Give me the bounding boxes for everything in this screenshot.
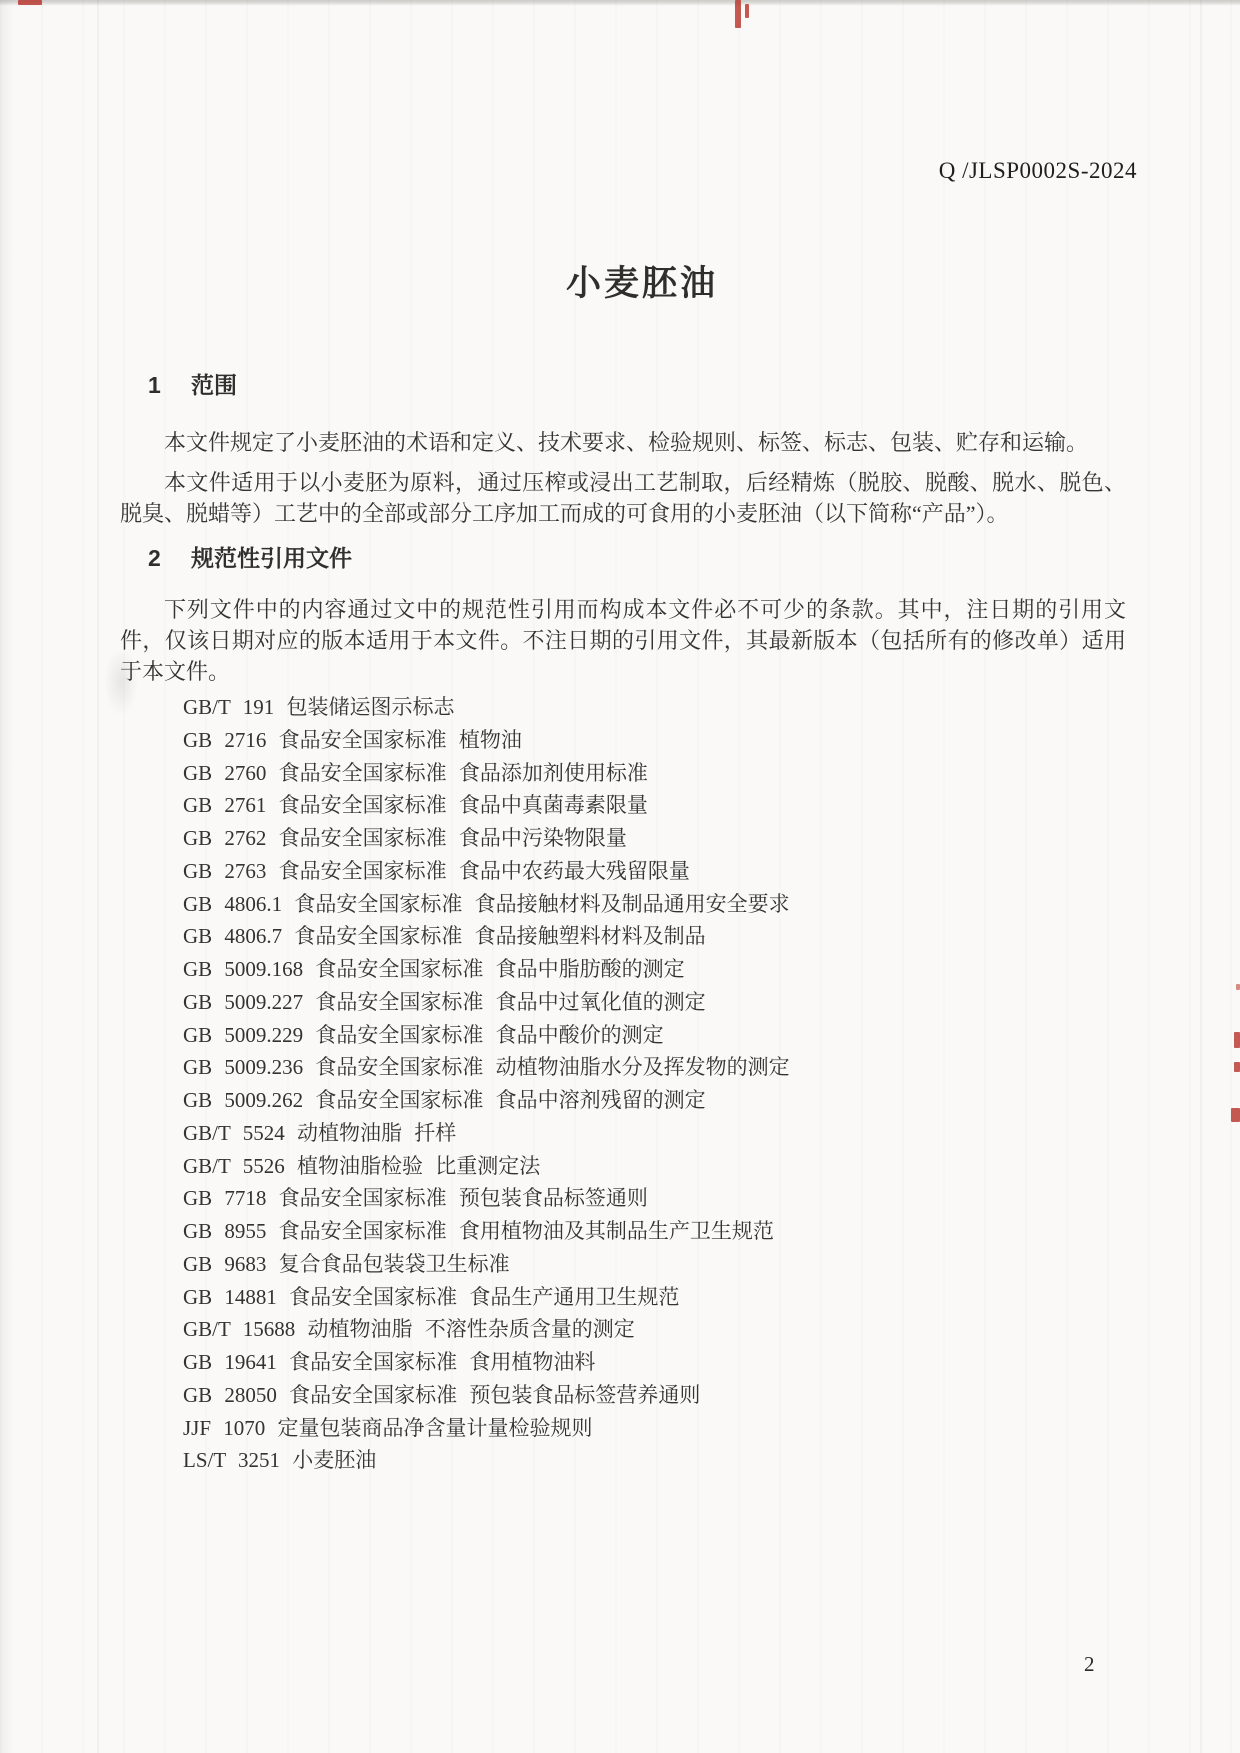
reference-item: GB 5009.227 食品安全国家标准 食品中过氧化值的测定 — [183, 986, 1126, 1019]
red-pen-mark — [18, 0, 42, 5]
red-pen-mark — [1231, 1108, 1240, 1122]
reference-item: GB 4806.1 食品安全国家标准 食品接触材料及制品通用安全要求 — [183, 888, 1126, 921]
document-body: 1范围 本文件规定了小麦胚油的术语和定义、技术要求、检验规则、标签、标志、包装、… — [120, 372, 1126, 1477]
section-2-number: 2 — [148, 545, 191, 571]
red-pen-mark — [735, 0, 741, 28]
page-number: 2 — [1084, 1652, 1095, 1677]
reference-item: JJF 1070 定量包装商品净含量计量检验规则 — [183, 1412, 1126, 1445]
reference-item: GB 5009.229 食品安全国家标准 食品中酸价的测定 — [183, 1019, 1126, 1052]
document-page: Q /JLSP0002S-2024 小麦胚油 1范围 本文件规定了小麦胚油的术语… — [0, 0, 1240, 1753]
page-title: 小麦胚油 — [0, 256, 1240, 306]
red-pen-mark — [1236, 984, 1240, 990]
section-2-heading: 2规范性引用文件 — [120, 545, 1126, 571]
reference-item: GB 14881 食品安全国家标准 食品生产通用卫生规范 — [183, 1281, 1126, 1314]
reference-item: GB 2761 食品安全国家标准 食品中真菌毒素限量 — [183, 789, 1126, 822]
reference-item: GB 7718 食品安全国家标准 预包装食品标签通则 — [183, 1182, 1126, 1215]
red-pen-mark — [1234, 1032, 1240, 1048]
section-2-title: 规范性引用文件 — [191, 545, 352, 571]
reference-item: GB/T 5526 植物油脂检验 比重测定法 — [183, 1150, 1126, 1183]
reference-item: GB 2762 食品安全国家标准 食品中污染物限量 — [183, 822, 1126, 855]
standard-code: Q /JLSP0002S-2024 — [939, 158, 1137, 184]
references-list: GB/T 191 包装储运图示标志 GB 2716 食品安全国家标准 植物油 G… — [120, 691, 1126, 1477]
reference-item: GB 8955 食品安全国家标准 食用植物油及其制品生产卫生规范 — [183, 1215, 1126, 1248]
reference-item: GB 5009.236 食品安全国家标准 动植物油脂水分及挥发物的测定 — [183, 1051, 1126, 1084]
reference-item: GB/T 5524 动植物油脂 扦样 — [183, 1117, 1126, 1150]
reference-item: GB 2763 食品安全国家标准 食品中农药最大残留限量 — [183, 855, 1126, 888]
reference-item: GB 19641 食品安全国家标准 食用植物油料 — [183, 1346, 1126, 1379]
reference-item: GB 5009.168 食品安全国家标准 食品中脂肪酸的测定 — [183, 953, 1126, 986]
scope-paragraph-1: 本文件规定了小麦胚油的术语和定义、技术要求、检验规则、标签、标志、包装、贮存和运… — [120, 427, 1126, 458]
section-1-title: 范围 — [191, 372, 237, 398]
section-1-number: 1 — [148, 372, 191, 398]
reference-item: GB 5009.262 食品安全国家标准 食品中溶剂残留的测定 — [183, 1084, 1126, 1117]
reference-item: GB 28050 食品安全国家标准 预包装食品标签营养通则 — [183, 1379, 1126, 1412]
reference-item: GB 2760 食品安全国家标准 食品添加剂使用标准 — [183, 757, 1126, 790]
references-intro: 下列文件中的内容通过文中的规范性引用而构成本文件必不可少的条款。其中，注日期的引… — [120, 594, 1126, 687]
reference-item: GB 9683 复合食品包装袋卫生标准 — [183, 1248, 1126, 1281]
scope-paragraph-2: 本文件适用于以小麦胚为原料，通过压榨或浸出工艺制取，后经精炼（脱胶、脱酸、脱水、… — [120, 467, 1126, 529]
reference-item: GB 4806.7 食品安全国家标准 食品接触塑料材料及制品 — [183, 920, 1126, 953]
red-pen-mark — [1234, 1062, 1240, 1072]
red-pen-mark — [745, 4, 749, 18]
section-1-heading: 1范围 — [120, 372, 1126, 398]
reference-item: GB 2716 食品安全国家标准 植物油 — [183, 724, 1126, 757]
reference-item: GB/T 15688 动植物油脂 不溶性杂质含量的测定 — [183, 1313, 1126, 1346]
reference-item: GB/T 191 包装储运图示标志 — [183, 691, 1126, 724]
reference-item: LS/T 3251 小麦胚油 — [183, 1444, 1126, 1477]
